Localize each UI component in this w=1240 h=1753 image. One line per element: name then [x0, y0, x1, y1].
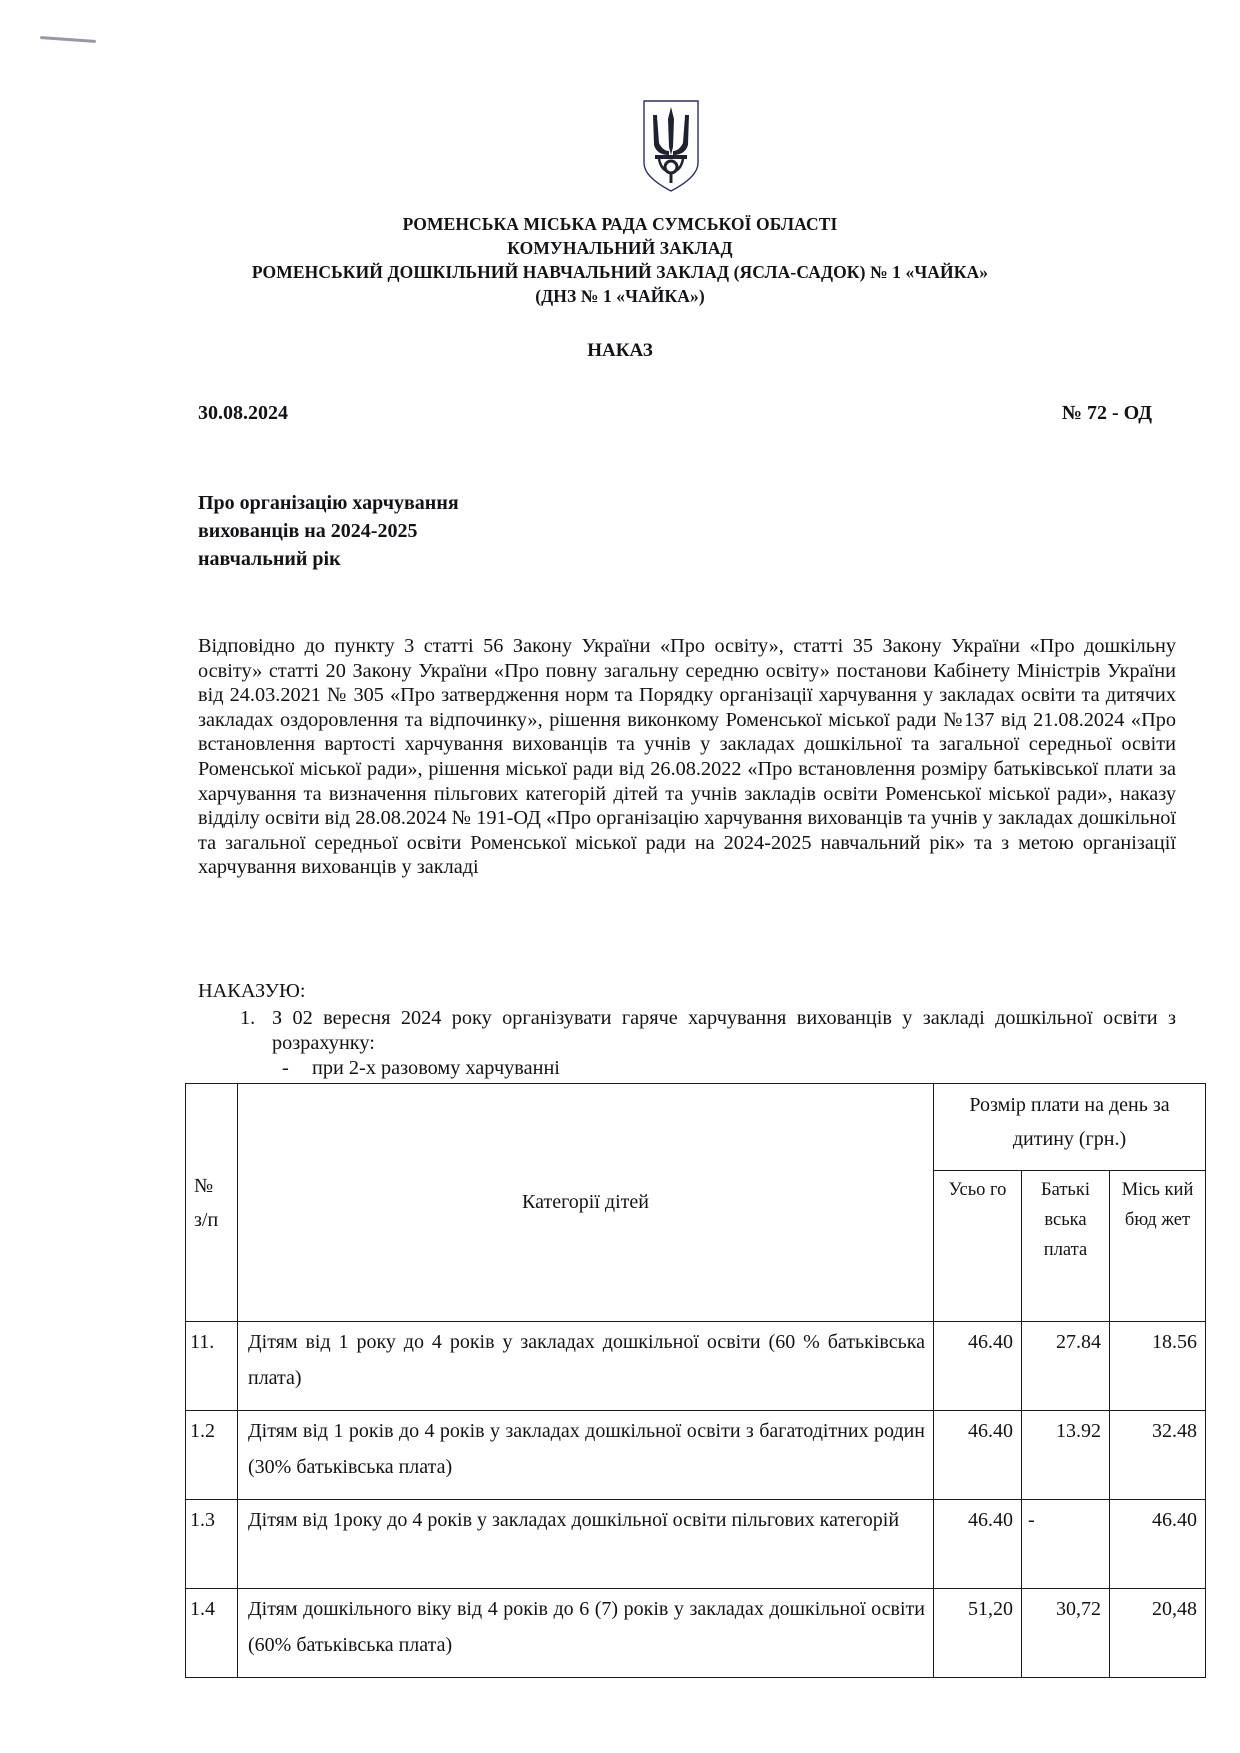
- header-parental-fee: Батькі вська плата: [1022, 1171, 1110, 1322]
- preamble-paragraph: Відповідно до пункту 3 статті 56 Закону …: [198, 634, 1176, 880]
- order-subitem: -при 2-х разовому харчуванні: [282, 1057, 560, 1080]
- table-row: 11. Дітям від 1 року до 4 років у заклад…: [186, 1322, 1206, 1411]
- row-parental-fee: 30,72: [1022, 1589, 1110, 1678]
- header-line-institution: РОМЕНСЬКИЙ ДОШКІЛЬНИЙ НАВЧАЛЬНИЙ ЗАКЛАД …: [0, 260, 1240, 284]
- bullet-dash: -: [282, 1057, 312, 1080]
- row-total: 51,20: [934, 1589, 1022, 1678]
- subject-line: навчальний рік: [198, 545, 459, 573]
- subject-line: Про організацію харчування: [198, 489, 459, 517]
- row-number: 11.: [186, 1322, 238, 1411]
- row-city-budget: 46.40: [1110, 1500, 1206, 1589]
- subject-line: вихованців на 2024-2025: [198, 517, 459, 545]
- header-fee-group: Розмір плати на день за дитину (грн.): [934, 1084, 1206, 1171]
- header-line-communal: КОМУНАЛЬНИЙ ЗАКЛАД: [0, 236, 1240, 260]
- order-item-1: 1. З 02 вересня 2024 року організувати г…: [240, 1006, 1176, 1056]
- header-total: Усьо го: [934, 1171, 1022, 1322]
- trident-coat-of-arms-icon: [641, 97, 701, 193]
- institution-header: РОМЕНСЬКА МІСЬКА РАДА СУМСЬКОЇ ОБЛАСТІ К…: [0, 212, 1240, 308]
- row-city-budget: 32.48: [1110, 1411, 1206, 1500]
- row-total: 46.40: [934, 1411, 1022, 1500]
- order-date: 30.08.2024: [198, 402, 288, 425]
- row-total: 46.40: [934, 1500, 1022, 1589]
- preamble-text: Відповідно до пункту 3 статті 56 Закону …: [198, 634, 1176, 880]
- row-category: Дітям дошкільного віку від 4 років до 6 …: [238, 1589, 934, 1678]
- header-line-short-name: (ДНЗ № 1 «ЧАЙКА»): [0, 284, 1240, 308]
- row-category: Дітям від 1року до 4 років у закладах до…: [238, 1500, 934, 1589]
- header-number: № з/п: [186, 1084, 238, 1322]
- header-city-budget: Місь кий бюд жет: [1110, 1171, 1206, 1322]
- header-category: Категорії дітей: [238, 1084, 934, 1322]
- table-row: 1.2 Дітям від 1 років до 4 років у закла…: [186, 1411, 1206, 1500]
- row-number: 1.4: [186, 1589, 238, 1678]
- header-line-council: РОМЕНСЬКА МІСЬКА РАДА СУМСЬКОЇ ОБЛАСТІ: [0, 212, 1240, 236]
- table-row: 1.3 Дітям від 1року до 4 років у заклада…: [186, 1500, 1206, 1589]
- row-category: Дітям від 1 років до 4 років у закладах …: [238, 1411, 934, 1500]
- row-parental-fee: -: [1022, 1500, 1110, 1589]
- row-city-budget: 20,48: [1110, 1589, 1206, 1678]
- decree-heading: НАКАЗУЮ:: [198, 980, 305, 1003]
- row-total: 46.40: [934, 1322, 1022, 1411]
- order-subject: Про організацію харчування вихованців на…: [198, 489, 459, 573]
- table-row: 1.4 Дітям дошкільного віку від 4 років д…: [186, 1589, 1206, 1678]
- row-city-budget: 18.56: [1110, 1322, 1206, 1411]
- item-number: 1.: [240, 1006, 255, 1031]
- row-parental-fee: 13.92: [1022, 1411, 1110, 1500]
- meal-fees-table: № з/п Категорії дітей Розмір плати на де…: [185, 1083, 1206, 1678]
- item-text: З 02 вересня 2024 року організувати гаря…: [272, 1006, 1176, 1056]
- row-number: 1.3: [186, 1500, 238, 1589]
- row-parental-fee: 27.84: [1022, 1322, 1110, 1411]
- document-title: НАКАЗ: [0, 340, 1240, 362]
- scan-artifact-mark: [40, 36, 96, 43]
- row-number: 1.2: [186, 1411, 238, 1500]
- row-category: Дітям від 1 року до 4 років у закладах д…: [238, 1322, 934, 1411]
- order-number: № 72 - ОД: [1062, 402, 1152, 425]
- subitem-text: при 2-х разовому харчуванні: [312, 1057, 560, 1079]
- table-header-row: № з/п Категорії дітей Розмір плати на де…: [186, 1084, 1206, 1171]
